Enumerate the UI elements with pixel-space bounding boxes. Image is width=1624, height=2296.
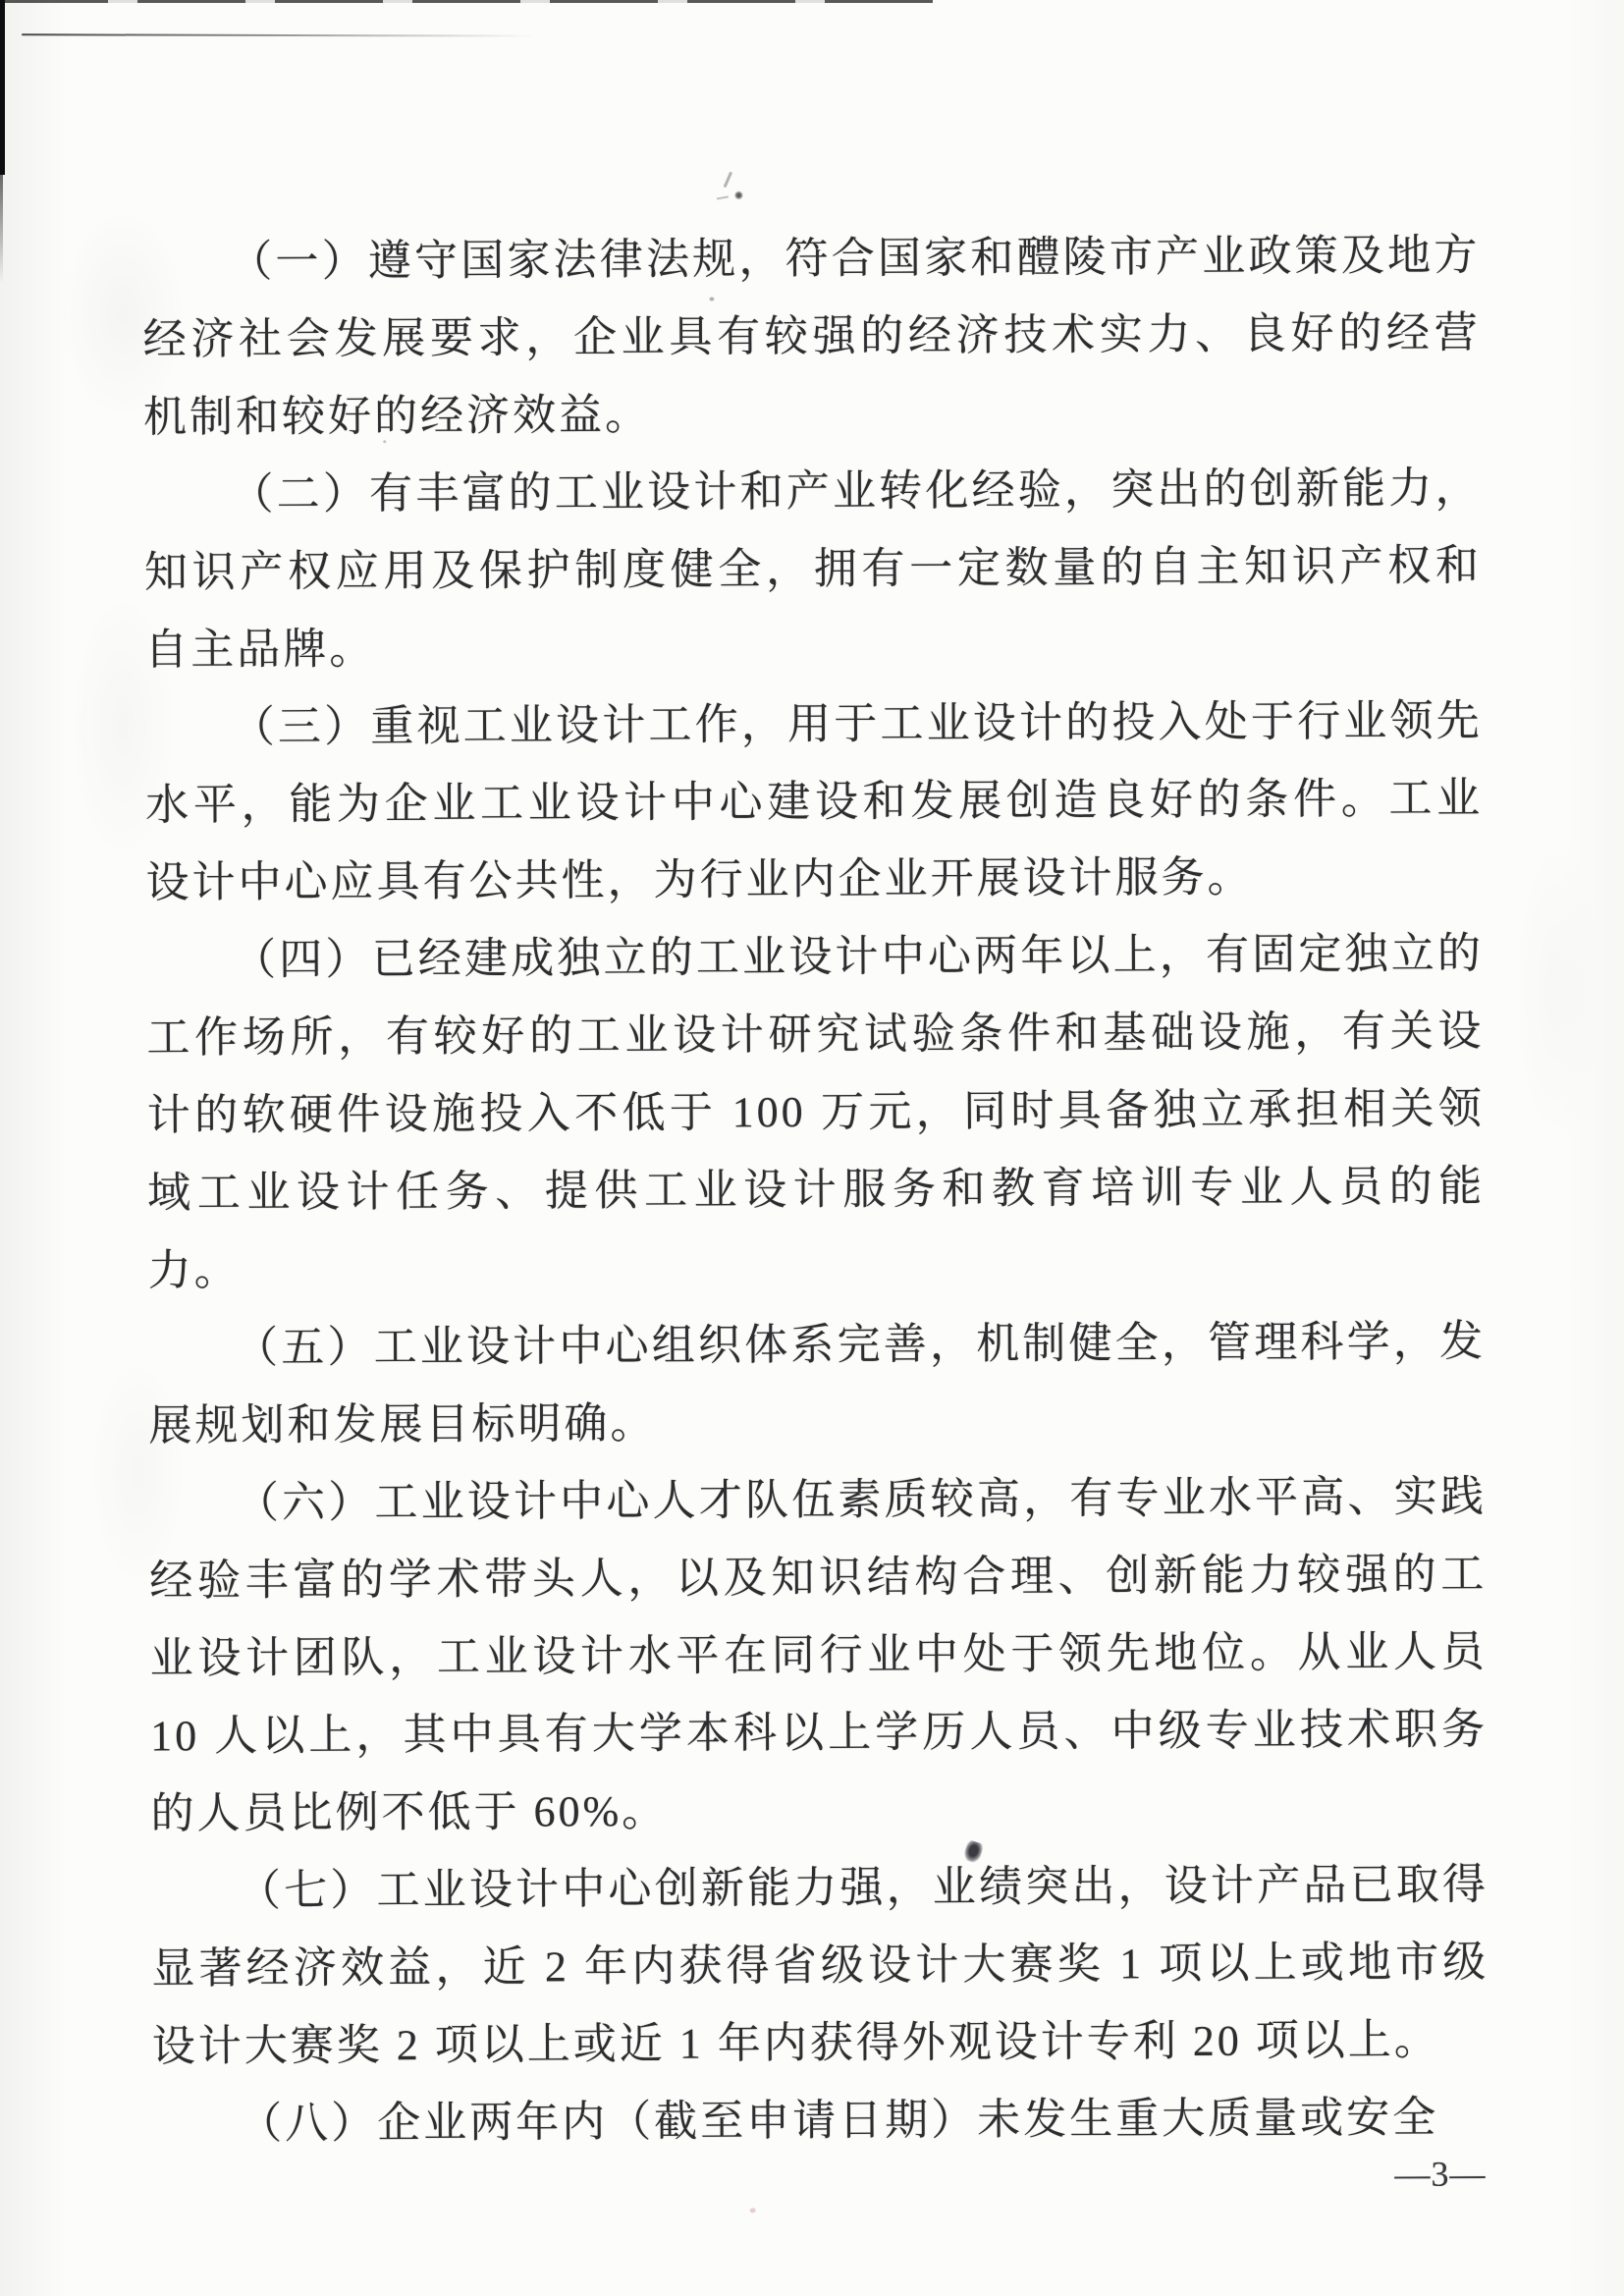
smudge-tick: [717, 195, 729, 199]
smudge-mark: [715, 167, 760, 216]
page-number: —3—: [1394, 2153, 1486, 2194]
scanned-page: （一）遵守国家法律法规，符合国家和醴陵市产业政策及地方经济社会发展要求，企业具有…: [0, 0, 1624, 2296]
paper-speck: [750, 2208, 756, 2213]
paragraph-item-6: （六）工业设计中心人才队伍素质较高，有专业水平高、实践经验丰富的学术带头人，以及…: [149, 1457, 1489, 1852]
paragraph-item-7: （七）工业设计中心创新能力强，业绩突出，设计产品已取得显著经济效益，近 2 年内…: [151, 1845, 1489, 2085]
paragraph-item-8: （八）企业两年内（截至申请日期）未发生重大质量或安全: [152, 2078, 1489, 2162]
document-content: （一）遵守国家法律法规，符合国家和醴陵市产业政策及地方经济社会发展要求，企业具有…: [0, 0, 1624, 2296]
smudge-stroke: [724, 172, 733, 189]
paragraph-item-2: （二）有丰富的工业设计和产业转化经验，突出的创新能力，知识产权应用及保护制度健全…: [143, 449, 1482, 688]
document-body: （一）遵守国家法律法规，符合国家和醴陵市产业政策及地方经济社会发展要求，企业具有…: [142, 216, 1489, 2162]
paragraph-item-4: （四）已经建成独立的工业设计中心两年以上，有固定独立的工作场所，有较好的工业设计…: [146, 914, 1486, 1309]
paragraph-item-3: （三）重视工业设计工作，用于工业设计的投入处于行业领先水平，能为企业工业设计中心…: [145, 682, 1484, 921]
paragraph-item-5: （五）工业设计中心组织体系完善，机制健全，管理科学，发展规划和发展目标明确。: [148, 1302, 1487, 1464]
smudge-dot: [734, 191, 743, 199]
paragraph-item-1: （一）遵守国家法律法规，符合国家和醴陵市产业政策及地方经济社会发展要求，企业具有…: [142, 216, 1481, 456]
